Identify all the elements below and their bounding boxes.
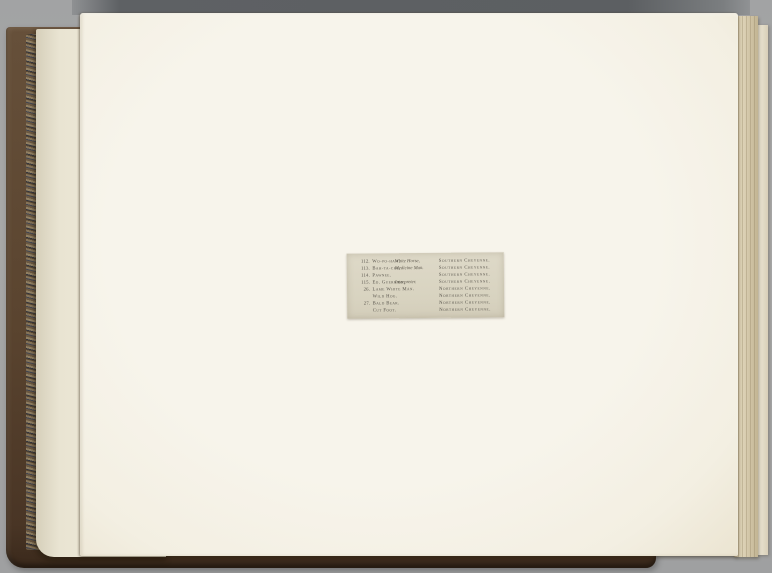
entry-number: 26. <box>351 287 370 294</box>
entry-name: Lame White Man. <box>373 286 415 293</box>
entry-tribe: Northern Cheyenne. <box>439 292 491 299</box>
entry-name: Pawnee. <box>372 272 391 279</box>
entry-number: 112. <box>351 259 370 266</box>
entry-translation: Interpreter. <box>395 279 416 286</box>
entry-tribe: Southern Cheyenne. <box>439 271 490 278</box>
label-row: Cut Foot. Northern Cheyenne. <box>351 306 504 314</box>
entry-number: 27. <box>351 301 370 308</box>
entry-name: Cut Foot. <box>373 307 397 314</box>
entry-tribe: Southern Cheyenne. <box>439 257 490 264</box>
entry-tribe: Southern Cheyenne. <box>439 278 490 285</box>
entry-tribe: Southern Cheyenne. <box>439 264 490 271</box>
entry-name: Bald Bear. <box>373 300 400 307</box>
entry-number: 113. <box>351 266 370 273</box>
entry-number: 115. <box>351 280 370 287</box>
entry-translation: Medicine Man. <box>395 265 424 272</box>
entry-translation: White Horse, <box>395 258 420 265</box>
caption-label: 112. Wo-po-ham, White Horse, Southern Ch… <box>347 252 505 319</box>
photo-backdrop: 112. Wo-po-ham, White Horse, Southern Ch… <box>0 0 772 573</box>
entry-number: 114. <box>351 273 370 280</box>
entry-name: Wild Hog. <box>373 293 398 300</box>
entry-tribe: Northern Cheyenne. <box>439 306 491 313</box>
caption-label-text: 112. Wo-po-ham, White Horse, Southern Ch… <box>347 252 505 319</box>
entry-tribe: Northern Cheyenne. <box>439 299 491 306</box>
entry-tribe: Northern Cheyenne. <box>439 285 491 292</box>
